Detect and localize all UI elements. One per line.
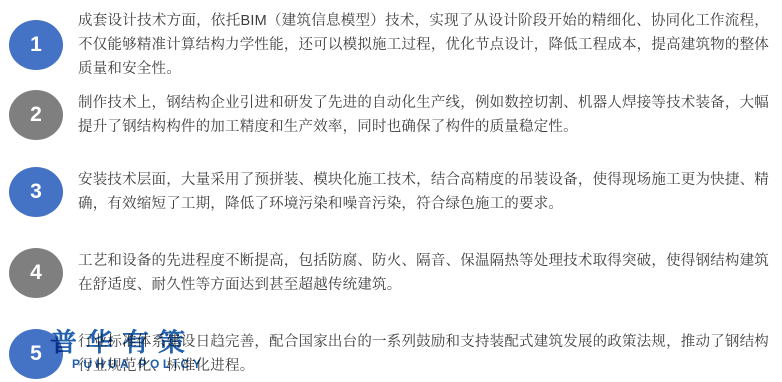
step-number: 4 bbox=[30, 261, 42, 285]
step-number: 2 bbox=[30, 103, 42, 127]
badge-column: 3 bbox=[0, 167, 78, 217]
list-item: 1 成套设计技术方面，依托BIM（建筑信息模型）技术，实现了从设计阶段开始的精细… bbox=[0, 9, 782, 81]
list-item: 4 工艺和设备的先进程度不断提高，包括防腐、防火、隔音、保温隔热等处理技术取得突… bbox=[0, 248, 782, 298]
badge-column: 5 bbox=[0, 329, 78, 379]
step-number: 3 bbox=[30, 180, 42, 204]
badge-column: 4 bbox=[0, 248, 78, 298]
badge-column: 2 bbox=[0, 90, 78, 140]
step-badge: 4 bbox=[9, 248, 63, 298]
list-item: 5 行业标准体系建设日趋完善，配合国家出台的一系列鼓励和支持装配式建筑发展的政策… bbox=[0, 329, 782, 379]
step-badge: 3 bbox=[9, 167, 63, 217]
step-number: 1 bbox=[30, 33, 42, 57]
list-item: 2 制作技术上，钢结构企业引进和研发了先进的自动化生产线，例如数控切割、机器人焊… bbox=[0, 90, 782, 140]
step-badge: 2 bbox=[9, 90, 63, 140]
document-page: 1 成套设计技术方面，依托BIM（建筑信息模型）技术，实现了从设计阶段开始的精细… bbox=[0, 0, 782, 382]
paragraph-text: 安装技术层面，大量采用了预拼装、模块化施工技术，结合高精度的吊装设备，使得现场施… bbox=[78, 168, 782, 216]
step-badge: 1 bbox=[9, 20, 63, 70]
paragraph-text: 制作技术上，钢结构企业引进和研发了先进的自动化生产线，例如数控切割、机器人焊接等… bbox=[78, 91, 782, 139]
step-number: 5 bbox=[30, 342, 42, 366]
paragraph-text: 成套设计技术方面，依托BIM（建筑信息模型）技术，实现了从设计阶段开始的精细化、… bbox=[78, 9, 782, 81]
step-badge: 5 bbox=[9, 329, 63, 379]
list-item: 3 安装技术层面，大量采用了预拼装、模块化施工技术，结合高精度的吊装设备，使得现… bbox=[0, 167, 782, 217]
paragraph-text: 行业标准体系建设日趋完善，配合国家出台的一系列鼓励和支持装配式建筑发展的政策法规… bbox=[78, 330, 782, 378]
badge-column: 1 bbox=[0, 20, 78, 70]
paragraph-text: 工艺和设备的先进程度不断提高，包括防腐、防火、隔音、保温隔热等处理技术取得突破，… bbox=[78, 249, 782, 297]
